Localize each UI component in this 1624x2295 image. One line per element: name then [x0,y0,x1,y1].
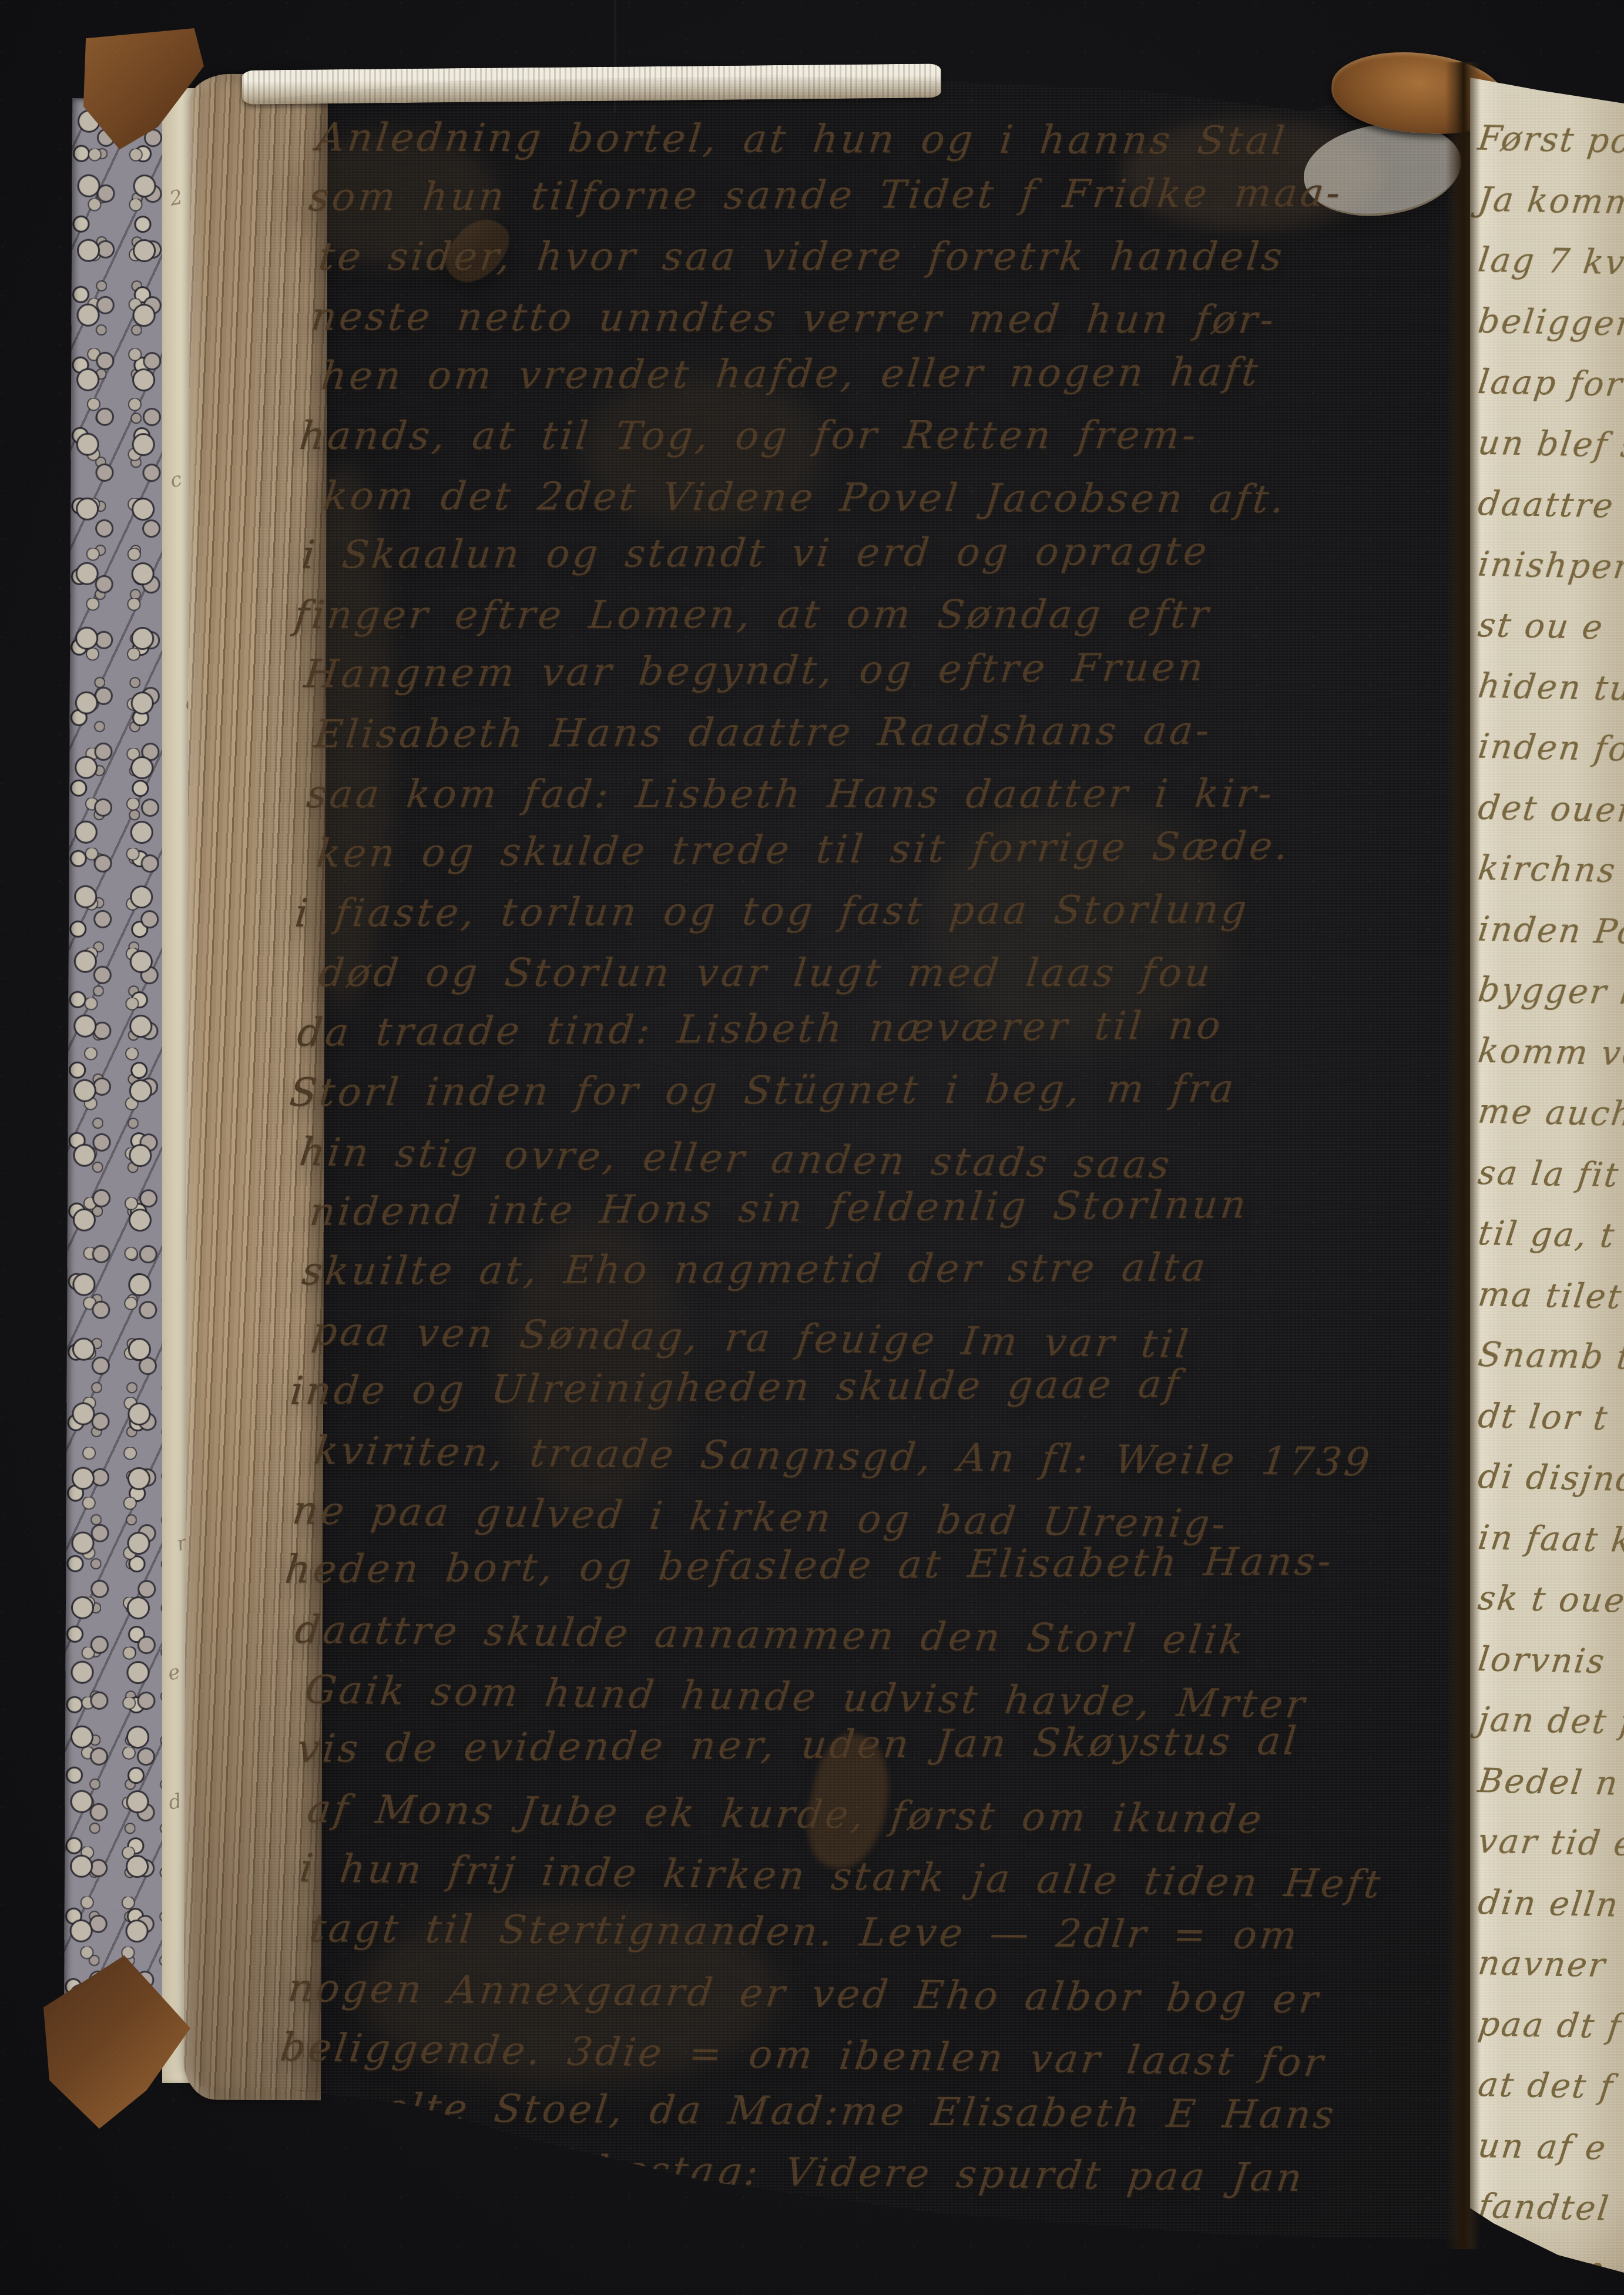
stray-ink-mark: 2 [168,187,184,209]
photo-background: 2cesred Anledning bortel, at hun og i ha… [0,0,1624,2295]
manuscript-line: i hun frij inde kirken stark ja alle tid… [298,1849,1385,1904]
right-page: Først post,Ja komm elag 7 kvarbeliggendl… [1470,56,1624,2283]
manuscript-line: neste netto unndtes verrer med hun før- [310,297,1279,340]
left-page: Anledning bortel, at hun og i hanns Stal… [251,66,1469,2252]
manuscript-fragment-line: Snamb t [1476,1338,1624,1375]
manuscript-fragment-line: di disjnd [1476,1460,1624,1497]
manuscript-fragment-line: inden for [1476,730,1624,767]
manuscript-line: tagt til Stertignanden. Leve — 2dlr = om [308,1909,1301,1955]
manuscript-line: Gaik som hund hunde udvist havde, Mrter [303,1670,1310,1724]
manuscript-line: te sider, hvor saa videre foretrk handel… [317,237,1287,276]
manuscript-fragment-line: komm ven [1476,1035,1624,1072]
manuscript-fragment-line: kirchns Sta [1476,852,1624,890]
manuscript-line: Anledning bortel, at hun og i hanns Stal [314,118,1289,160]
manuscript-fragment-line: sa la fit [1476,1156,1621,1193]
manuscript-fragment-line: til ga, t [1476,1217,1618,1253]
manuscript-fragment-line: fandtel [1476,2190,1612,2226]
manuscript-line: i fiaste, torlun og tog fast paa Storlun… [293,890,1251,933]
manuscript-fragment-line: me auch [1476,1095,1624,1132]
manuscript-line: Elisabeth Hans daattre Raadshans aa- [313,712,1214,754]
manuscript-line: beliggende. 3die = om ibenlen var laast … [279,2028,1328,2083]
manuscript-line: kviriten, traade Sangnsgd, An fl: Weile … [313,1431,1374,1482]
manuscript-fragment-line: inden Por [1476,913,1624,950]
manuscript-fragment-line: bygger huis [1476,974,1624,1011]
right-page-text: Først post,Ja komm elag 7 kvarbeliggendl… [1470,56,1624,2283]
manuscript-fragment-line: lag 7 kvar [1476,244,1624,281]
manuscript-line: daatter den bestag: Videre spurdt paa Ja… [298,2148,1307,2197]
manuscript-line: hands, at til Tog, og for Retten frem- [298,416,1200,455]
manuscript-fragment-line: st ou e [1476,609,1606,645]
manuscript-fragment-line: hiden tu [1476,670,1624,706]
manuscript-line: da traade tind: Lisbeth næværer til no [296,1006,1225,1052]
manuscript-line: af Mons Jube ek kurde, først om ikunde [306,1790,1266,1839]
manuscript-fragment-line: un af e [1476,2129,1609,2165]
manuscript-fragment-line: var tid e [1476,1825,1624,1861]
manuscript-fragment-line: Bedel n [1476,1764,1620,1801]
manuscript-fragment-line: jan det f [1476,1703,1624,1740]
manuscript-line: finger eftre Lomen, at om Søndag eftr [293,595,1213,634]
manuscript-fragment-line: Først post, [1476,122,1624,160]
manuscript-line: daattre skulde annammen den Storl elik [293,1610,1248,1660]
manuscript-line: nidend inte Hons sin feldenlig Storlnun [308,1185,1250,1232]
manuscript-fragment-line: laap for [1476,365,1624,402]
manuscript-line: bemelte Stoel, da Mad:me Elisabeth E Han… [288,2088,1338,2135]
manuscript-fragment-line: lorvnis [1476,1643,1608,1679]
manuscript-fragment-line: paa dt f [1476,2008,1624,2044]
stray-ink-mark: e [166,1662,182,1683]
manuscript-fragment-line: dt lor t [1476,1400,1610,1435]
manuscript-line: vis de evidende ner, uden Jan Skøystus a… [296,1722,1301,1769]
manuscript-line: paa ven Søndag, ra feuige Im var til [310,1312,1193,1364]
manuscript-fragment-line: sk t oue [1476,1582,1624,1618]
manuscript-line: ken og skulde trede til sit forrige Sæde… [315,827,1293,873]
stray-ink-mark: c [169,469,184,491]
left-page-text: Anledning bortel, at hun og i hanns Stal… [239,61,1478,2259]
manuscript-line: inde og Ulreinigheden skulde gaae af [288,1364,1183,1410]
manuscript-line: Hangnem var begyndt, og eftre Fruen [303,648,1207,694]
manuscript-line: ne paa gulved i kirken og bad Ulrenig- [291,1491,1230,1544]
manuscript-line: som hun tilforne sande Tidet f Fridke ma… [307,173,1345,216]
manuscript-fragment-line: daattre [1476,487,1616,523]
manuscript-line: heden bort, og befaslede at Elisabeth Ha… [283,1542,1336,1589]
manuscript-line: hin stig ovre, eller anden stads saas [298,1133,1175,1185]
gutter-fold [1445,62,1481,2249]
manuscript-fragment-line: in faat k [1476,1521,1624,1558]
manuscript-fragment-line: inishpen [1476,548,1624,585]
manuscript-line: kom det 2det Videne Povel Jacobsen aft. [322,477,1289,519]
manuscript-line: Storl inden for og Stügnet i beg, m fra [288,1069,1238,1112]
manuscript-fragment-line: beliggend [1476,305,1624,342]
manuscript-fragment-line: Ja komm e [1476,183,1624,220]
manuscript-line: i Skaalun og standt vi erd og opragte [300,532,1212,575]
manuscript-fragment-line: din elln [1476,1886,1621,1922]
manuscript-line: saa kom fad: Lisbeth Hans daatter i kir- [305,774,1277,813]
manuscript-fragment-line: ma tilet [1476,1278,1624,1314]
manuscript-fragment-line: Stoir n [1476,2251,1608,2287]
manuscript-fragment-line: un blef s [1476,427,1624,463]
stray-ink-mark: d [167,1791,183,1813]
manuscript-line: død og Storlun var lugt med laas fou [317,954,1215,992]
manuscript-fragment-line: det ouer [1476,791,1624,828]
manuscript-line: skuilte at, Eho nagmetid der stre alta [300,1249,1210,1291]
manuscript-line: hen om vrendet hafde, eller nogen haft [320,353,1263,396]
manuscript-fragment-line: at det f [1476,2068,1616,2104]
manuscript-line: nogen Annexgaard er ved Eho albor bog er [286,1968,1323,2019]
manuscript-fragment-line: navner [1476,1947,1608,1982]
